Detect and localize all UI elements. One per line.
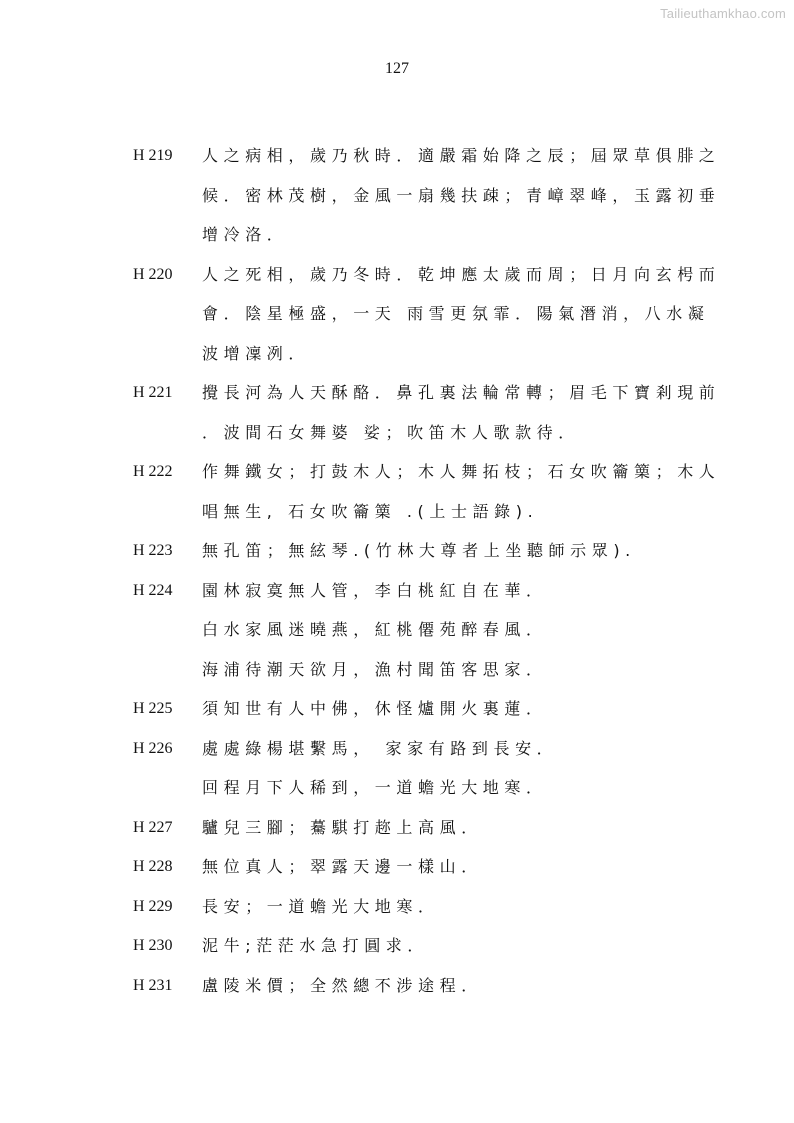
entry-line: 泥牛;茫茫水急打圓求． [202, 926, 733, 966]
entry-id: H 229 [133, 887, 202, 927]
entry-line: 回程月下人稀到，一道蟾光大地寒． [202, 768, 733, 808]
entry-h222: H 222 作舞鐵女；打鼓木人；木人舞拓枝；石女吹籥篥；木人 唱無生, 石女吹籥… [133, 452, 733, 531]
entry-line: ．波間石女舞婆 娑；吹笛木人歌款待． [202, 413, 733, 453]
entry-id: H 221 [133, 373, 202, 413]
entry-line: 會．陰星極盛，一天 雨雪更氛霏．陽氣潛消，八水凝 [202, 294, 733, 334]
entry-id: H 231 [133, 966, 202, 1006]
entry-line: 海浦待潮天欲月，漁村聞笛客思家． [202, 650, 733, 690]
entry-line: 園林寂寞無人管，李白桃紅自在華． [202, 571, 733, 611]
entry-line: 候．密林茂樹，金風一扇幾扶疎；青嶂翠峰，玉露初垂 [202, 176, 733, 216]
entry-line: 白水家風迷曉燕，紅桃僊苑醉春風． [202, 610, 733, 650]
entry-line: 增冷洛． [202, 215, 733, 255]
entry-h220: H 220 人之死相，歲乃冬時．乾坤應太歲而周；日月向玄枵而 會．陰星極盛，一天… [133, 255, 733, 374]
entry-h228: H 228 無位真人；翠露天邊一樣山． [133, 847, 733, 887]
entry-line: 作舞鐵女；打鼓木人；木人舞拓枝；石女吹籥篥；木人 [202, 452, 733, 492]
document-body: H 219 人之病相，歲乃秋時．適嚴霜始降之辰；屆眾草俱腓之 候．密林茂樹，金風… [133, 136, 733, 1005]
entry-line: 人之死相，歲乃冬時．乾坤應太歲而周；日月向玄枵而 [202, 255, 733, 295]
entry-h230: H 230 泥牛;茫茫水急打圓求． [133, 926, 733, 966]
entry-line: 驢兒三腳；驀騏打趂上高風． [202, 808, 733, 848]
watermark: Tailieuthamkhao.com [660, 6, 786, 21]
page-number: 127 [0, 60, 794, 78]
entry-h223: H 223 無孔笛；無絃琴.(竹林大尊者上坐聽師示眾). [133, 531, 733, 571]
entry-line: 處處綠楊堪繫馬， 家家有路到長安． [202, 729, 733, 769]
entry-line: 波增凜冽． [202, 334, 733, 374]
entry-h227: H 227 驢兒三腳；驀騏打趂上高風． [133, 808, 733, 848]
entry-id: H 223 [133, 531, 202, 571]
entry-h219: H 219 人之病相，歲乃秋時．適嚴霜始降之辰；屆眾草俱腓之 候．密林茂樹，金風… [133, 136, 733, 255]
entry-line: 盧陵米價；全然總不涉途程． [202, 966, 733, 1006]
entry-h224: H 224 園林寂寞無人管，李白桃紅自在華． 白水家風迷曉燕，紅桃僊苑醉春風． … [133, 571, 733, 690]
entry-id: H 226 [133, 729, 202, 769]
entry-line: 長安；一道蟾光大地寒． [202, 887, 733, 927]
entry-h229: H 229 長安；一道蟾光大地寒． [133, 887, 733, 927]
entry-id: H 220 [133, 255, 202, 295]
entry-h226: H 226 處處綠楊堪繫馬， 家家有路到長安． 回程月下人稀到，一道蟾光大地寒． [133, 729, 733, 808]
entry-id: H 225 [133, 689, 202, 729]
entry-h231: H 231 盧陵米價；全然總不涉途程． [133, 966, 733, 1006]
entry-h221: H 221 攪長河為人天酥酪．鼻孔裏法輪常轉；眉毛下寶剎現前 ．波間石女舞婆 娑… [133, 373, 733, 452]
entry-id: H 224 [133, 571, 202, 611]
entry-line: 須知世有人中佛，休怪爐開火裏蓮． [202, 689, 733, 729]
entry-line: 唱無生, 石女吹籥篥 .(上士語錄). [202, 492, 733, 532]
entry-id: H 228 [133, 847, 202, 887]
entry-line: 人之病相，歲乃秋時．適嚴霜始降之辰；屆眾草俱腓之 [202, 136, 733, 176]
entry-line: 攪長河為人天酥酪．鼻孔裏法輪常轉；眉毛下寶剎現前 [202, 373, 733, 413]
entry-line: 無孔笛；無絃琴.(竹林大尊者上坐聽師示眾). [202, 531, 733, 571]
entry-id: H 219 [133, 136, 202, 176]
entry-id: H 227 [133, 808, 202, 848]
entry-line: 無位真人；翠露天邊一樣山． [202, 847, 733, 887]
entry-h225: H 225 須知世有人中佛，休怪爐開火裏蓮． [133, 689, 733, 729]
entry-id: H 222 [133, 452, 202, 492]
entry-id: H 230 [133, 926, 202, 966]
